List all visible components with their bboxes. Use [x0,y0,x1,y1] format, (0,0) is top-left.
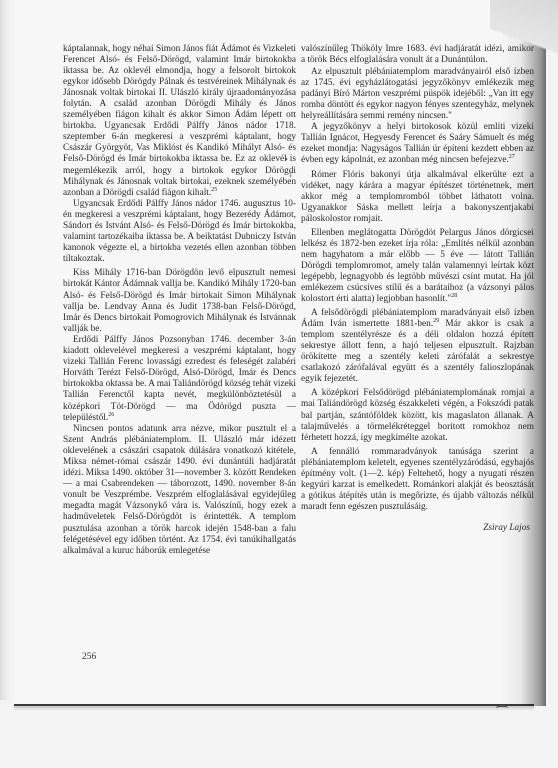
paragraph: Ugyancsak Erdődi Pálffy János nádor 1746… [63,199,296,265]
paragraph: Az elpusztult plébániatemplom maradványa… [301,67,534,122]
footnote-ref: 26 [108,412,114,418]
right-text-column: valószínűleg Thököly Imre 1683. évi hadj… [301,44,534,534]
paragraph: A felsődörögdi plébániatemplom maradvány… [301,308,534,385]
pencil-dot-mark: • [285,156,288,164]
paragraph: Rómer Flóris bakonyi útja alkalmával elk… [301,170,534,225]
paragraph: A jegyzőkönyv a helyi birtokosok közül e… [301,122,534,166]
paragraph: Erdődi Pálffy János Pozsonyban 1746. dec… [63,335,296,423]
scan-edge-shadow-left [0,0,10,700]
left-text-column: káptalannak, hogy néhai Simon János fiát… [63,44,296,557]
footnote-ref: 28 [451,293,457,299]
paragraph: Kiss Mihály 1716-ban Dörögdön levő elpus… [63,268,296,334]
paragraph: valószínűleg Thököly Imre 1683. évi hadj… [301,44,534,66]
scan-smudge-mark [496,705,508,711]
paragraph: Ellenben meglátogatta Dörögdöt Pelargus … [301,228,534,305]
footnote-ref: 25 [211,187,217,193]
paragraph: Nincsen pontos adatunk arra nézve, mikor… [63,424,296,557]
author-signature: Zsiray Lajos [301,523,534,534]
footnote-ref: 27 [509,154,515,160]
page-number: 256 [82,652,96,662]
paragraph: káptalannak, hogy néhai Simon János fiát… [63,44,296,199]
paragraph: A középkori Felsődörögd plébániatemplomá… [301,388,534,443]
paragraph: A fennálló rommaradványok tanúsága szeri… [301,447,534,513]
